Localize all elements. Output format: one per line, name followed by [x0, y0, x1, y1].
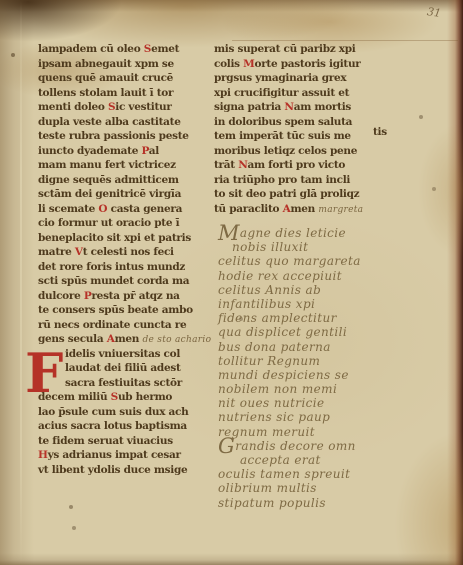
rubricated-initial: M — [243, 58, 254, 70]
ink-specks — [0, 0, 2, 2]
text-segment: nit oues nutricie — [218, 396, 325, 410]
text-segment: tū paraclito — [214, 203, 283, 215]
text-segment: rū necs ordinate cuncta re — [38, 319, 186, 331]
rubricated-initial: S — [111, 391, 118, 403]
manuscript-page: 31 lampadem cū oleo Semetipsam abnegauit… — [0, 0, 463, 565]
text-segment: am mortis — [294, 101, 351, 113]
text-segment: matre — [38, 246, 75, 258]
manuscript-line: decem miliū Sub hermo — [38, 390, 212, 405]
manuscript-line: fidens amplectitur — [218, 311, 378, 325]
text-segment: fidens amplectitur — [218, 311, 337, 325]
text-segment: lampadem cū oleo — [38, 43, 144, 55]
manuscript-line: hodie rex accepiuit — [218, 269, 378, 283]
manuscript-line: mis superat cū paribz xpi — [214, 42, 366, 57]
text-segment: trāt — [214, 159, 238, 171]
text-segment: mam manu fert victricez — [38, 159, 176, 171]
text-segment: qua displicet gentili — [218, 325, 347, 339]
text-segment: idelis vniuersitas col — [65, 348, 180, 360]
text-segment: t celesti nos feci — [83, 246, 174, 258]
text-segment: to sit deo patri glā proliqz — [214, 188, 359, 200]
manuscript-line: celitus Annis ab — [218, 283, 378, 297]
manuscript-line: cio formur ut oracio pte ī — [38, 216, 212, 231]
manuscript-line: moribus letiqz celos pene — [214, 144, 366, 159]
manuscript-line: det rore foris intus mundz — [38, 260, 212, 275]
manuscript-line: in doloribus spem saluta — [214, 115, 366, 130]
manuscript-line: ipsam abnegauit xpm se — [38, 57, 212, 72]
text-segment: celitus quo margareta — [218, 254, 361, 268]
manuscript-line: menti doleo Sic vestitur — [38, 100, 212, 115]
text-segment: ria triūpho pro tam incli — [214, 174, 350, 186]
manuscript-line: tollens stolam lauit ī tor — [38, 86, 212, 101]
rubricated-initial: V — [75, 246, 83, 258]
manuscript-line: dulcore Presta pr̄ atqz na — [38, 289, 212, 304]
text-segment: men — [115, 333, 143, 345]
text-segment: colis — [214, 58, 243, 70]
manuscript-line: mam manu fert victricez — [38, 158, 212, 173]
manuscript-line: nobis illuxit — [218, 240, 378, 254]
text-segment: li scemate — [38, 203, 98, 215]
manuscript-line: vt libent ydolis duce msige — [38, 463, 212, 478]
folio-number: 31 — [426, 5, 442, 20]
text-segment: laudat dei filiū adest — [65, 362, 181, 374]
manuscript-line: qua displicet gentili — [218, 325, 378, 339]
text-segment: teste rubra passionis peste — [38, 130, 189, 142]
text-segment: mundi despiciens se — [218, 368, 349, 382]
text-segment: stipatum populis — [218, 496, 326, 510]
manuscript-line: te consers spūs beate ambo — [38, 303, 212, 318]
manuscript-line: matre Vt celesti nos feci — [38, 245, 212, 260]
manuscript-line: idelis vniuersitas col — [38, 347, 212, 362]
manuscript-line: lampadem cū oleo Semet — [38, 42, 212, 57]
text-segment: sacra festiuitas sctōr — [65, 377, 182, 389]
text-segment: tollitur Regnum — [218, 354, 320, 368]
manuscript-line: lao p̄sule cum suis dux ach — [38, 405, 212, 420]
text-segment: quens quē amauit crucē — [38, 72, 173, 84]
text-segment: emet — [151, 43, 179, 55]
manuscript-line: tem imperāt tūc suis me — [214, 129, 366, 144]
margin-catchword: tis — [373, 126, 387, 138]
text-segment: sctām dei genitricē virgīa — [38, 188, 181, 200]
manuscript-line: prgsus ymaginaria grex — [214, 71, 366, 86]
manuscript-line: beneplacito sit xpi et patris — [38, 231, 212, 246]
text-segment: tollens stolam lauit ī tor — [38, 87, 173, 99]
text-segment: accepta erat — [240, 453, 321, 467]
manuscript-line: stipatum populis — [218, 496, 378, 510]
text-segment: te fidem seruat viuacius — [38, 435, 173, 447]
text-segment: scti spūs mundet corda ma — [38, 275, 189, 287]
text-segment: ipsam abnegauit xpm se — [38, 58, 174, 70]
manuscript-line: Magne dies leticie — [218, 226, 378, 240]
manuscript-line: dupla veste alba castitate — [38, 115, 212, 130]
text-segment: menti doleo — [38, 101, 108, 113]
right-text-column-cursive: Magne dies leticienobis illuxitcelitus q… — [218, 226, 378, 510]
manuscript-line: rū necs ordinate cuncta re — [38, 318, 212, 333]
text-segment: men — [290, 203, 318, 215]
manuscript-line: laudat dei filiū adest — [38, 361, 212, 376]
manuscript-line: trāt Nam forti pro victo — [214, 158, 366, 173]
rubricated-initial: N — [238, 159, 247, 171]
text-segment: ys adrianus impat cesar — [48, 449, 181, 461]
text-segment: al — [149, 145, 159, 157]
manuscript-line: olibrium multis — [218, 481, 378, 495]
manuscript-line: nit oues nutricie — [218, 396, 378, 410]
text-segment: orte pastoris igitur — [254, 58, 360, 70]
text-segment: prgsus ymaginaria grex — [214, 72, 346, 84]
rubricated-initial: H — [38, 449, 48, 461]
manuscript-line: signa patria Nam mortis — [214, 100, 366, 115]
text-segment: moribus letiqz celos pene — [214, 145, 357, 157]
text-segment: resta pr̄ atqz na — [91, 290, 179, 302]
text-segment: am forti pro victo — [248, 159, 346, 171]
margin-note: margreta — [318, 205, 363, 215]
manuscript-line: tū paraclito Amen margreta — [214, 202, 366, 217]
text-segment: mis superat cū paribz xpi — [214, 43, 355, 55]
rubricated-initial: O — [98, 203, 107, 215]
manuscript-line: sacra festiuitas sctōr — [38, 376, 212, 391]
manuscript-line: quens quē amauit crucē — [38, 71, 212, 86]
text-segment: det rore foris intus mundz — [38, 261, 185, 273]
manuscript-line: tollitur Regnum — [218, 354, 378, 368]
text-segment: tem imperāt tūc suis me — [214, 130, 351, 142]
manuscript-line: xpi crucifigitur assuit et — [214, 86, 366, 101]
rubricated-initial: N — [284, 101, 293, 113]
manuscript-line: to sit deo patri glā proliqz — [214, 187, 366, 202]
text-segment: casta genera — [107, 203, 182, 215]
manuscript-line: nobilem non memi — [218, 382, 378, 396]
manuscript-line: bus dona paterna — [218, 340, 378, 354]
manuscript-line: li scemate O casta genera — [38, 202, 212, 217]
manuscript-line: scti spūs mundet corda ma — [38, 274, 212, 289]
manuscript-line: colis Morte pastoris igitur — [214, 57, 366, 72]
text-segment: celitus Annis ab — [218, 283, 321, 297]
rubricated-initial: S — [144, 43, 151, 55]
margin-note: de sto achario — [142, 335, 211, 345]
text-segment: nobilem non memi — [218, 382, 337, 396]
text-segment: ic vestitur — [115, 101, 171, 113]
manuscript-line: accepta erat — [218, 453, 378, 467]
text-segment: dulcore — [38, 290, 84, 302]
text-segment: xpi crucifigitur assuit et — [214, 87, 349, 99]
text-segment: vt libent ydolis duce msige — [38, 464, 187, 476]
manuscript-line: digne sequēs admitticem — [38, 173, 212, 188]
manuscript-line: nutriens sic paup — [218, 410, 378, 424]
text-segment: acius sacra lotus baptisma — [38, 420, 187, 432]
text-segment: signa patria — [214, 101, 284, 113]
manuscript-line: Grandis decore omn — [218, 439, 378, 453]
manuscript-line: ria triūpho pro tam incli — [214, 173, 366, 188]
manuscript-line: iuncto dyademate Pal — [38, 144, 212, 159]
drop-cap-initial-F: F — [25, 346, 63, 400]
top-ruling-line — [232, 40, 458, 41]
text-segment: iuncto dyademate — [38, 145, 141, 157]
text-segment: infantilibus xpi — [218, 297, 315, 311]
text-segment: beneplacito sit xpi et patris — [38, 232, 191, 244]
gutter-crease — [20, 0, 22, 565]
manuscript-line: teste rubra passionis peste — [38, 129, 212, 144]
rubricated-initial: P — [141, 145, 148, 157]
text-segment: dupla veste alba castitate — [38, 116, 181, 128]
text-segment: cio formur ut oracio pte ī — [38, 217, 179, 229]
manuscript-line: infantilibus xpi — [218, 297, 378, 311]
manuscript-line: mundi despiciens se — [218, 368, 378, 382]
manuscript-line: Hys adrianus impat cesar — [38, 448, 212, 463]
manuscript-line: gens secula Amen de sto achario — [38, 332, 212, 347]
text-segment: nutriens sic paup — [218, 410, 330, 424]
text-segment: hodie rex accepiuit — [218, 269, 342, 283]
manuscript-line: acius sacra lotus baptisma — [38, 419, 212, 434]
text-segment: ub hermo — [118, 391, 172, 403]
cursive-initial: G — [218, 434, 235, 458]
manuscript-line: sctām dei genitricē virgīa — [38, 187, 212, 202]
right-text-column-gothic: mis superat cū paribz xpicolis Morte pas… — [214, 42, 366, 216]
manuscript-line: celitus quo margareta — [218, 254, 378, 268]
text-segment: oculis tamen spreuit — [218, 467, 350, 481]
rubricated-initial: A — [107, 333, 115, 345]
text-segment: nobis illuxit — [232, 240, 308, 254]
text-segment: te consers spūs beate ambo — [38, 304, 193, 316]
text-segment: bus dona paterna — [218, 340, 331, 354]
manuscript-line: regnum meruit — [218, 425, 378, 439]
text-segment: in doloribus spem saluta — [214, 116, 352, 128]
text-segment: digne sequēs admitticem — [38, 174, 179, 186]
text-segment: lao p̄sule cum suis dux ach — [38, 406, 188, 418]
left-text-column: lampadem cū oleo Semetipsam abnegauit xp… — [38, 42, 212, 477]
manuscript-line: te fidem seruat viuacius — [38, 434, 212, 449]
text-segment: agne dies leticie — [240, 226, 346, 240]
text-segment: olibrium multis — [218, 481, 317, 495]
text-segment: randis decore omn — [235, 439, 356, 453]
manuscript-line: oculis tamen spreuit — [218, 467, 378, 481]
